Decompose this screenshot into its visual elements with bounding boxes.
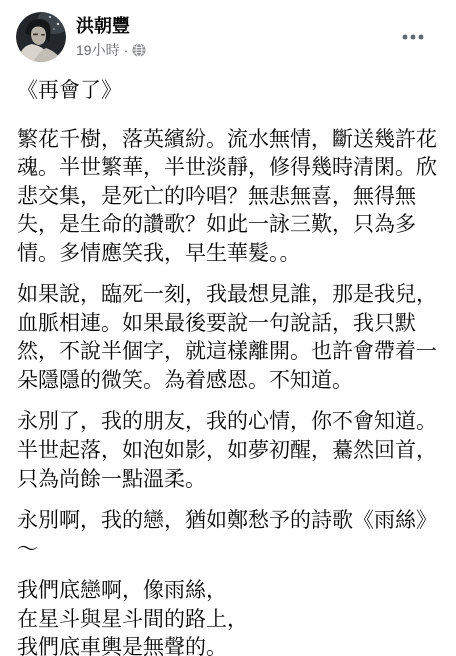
post-paragraph: 如果說，臨死一刻，我最想見誰，那是我兒，血脈相連。如果最後要說一句說話，我只默然… <box>17 281 440 395</box>
post-paragraph: 永別了，我的朋友，我的心情，你不會知道。半世起落，如泡如影，如夢初醒，驀然回首，… <box>17 408 440 494</box>
post-paragraph-poem: 我們底戀啊，像雨絲， 在星斗與星斗間的路上， 我們底車輿是無聲的。 <box>17 577 440 656</box>
avatar[interactable] <box>16 12 66 62</box>
post-options-button[interactable] <box>396 28 430 46</box>
author-name[interactable]: 洪朝豐 <box>76 15 146 38</box>
post-paragraph: 永別啊，我的戀，猶如鄭愁予的詩歌《雨絲》～ <box>17 507 440 564</box>
avatar-photo <box>16 12 66 62</box>
post-text: 《再會了》 繁花千樹，落英繽紛。流水無情，斷送幾許花魂。半世繁華，半世淡靜，修得… <box>0 62 456 656</box>
facebook-post-card: 洪朝豐 19小時 · <box>0 0 456 656</box>
globe-public-icon <box>132 43 146 57</box>
post-paragraph: 繁花千樹，落英繽紛。流水無情，斷送幾許花魂。半世繁華，半世淡靜，修得幾時清閑。欣… <box>17 126 440 269</box>
ellipsis-menu-icon <box>402 34 424 40</box>
post-meta: 19小時 · <box>76 42 146 59</box>
post-header-info: 洪朝豐 19小時 · <box>76 12 146 58</box>
post-header: 洪朝豐 19小時 · <box>0 0 456 62</box>
meta-separator: · <box>124 42 129 59</box>
timestamp[interactable]: 19小時 <box>76 42 120 59</box>
post-title: 《再會了》 <box>17 77 440 106</box>
